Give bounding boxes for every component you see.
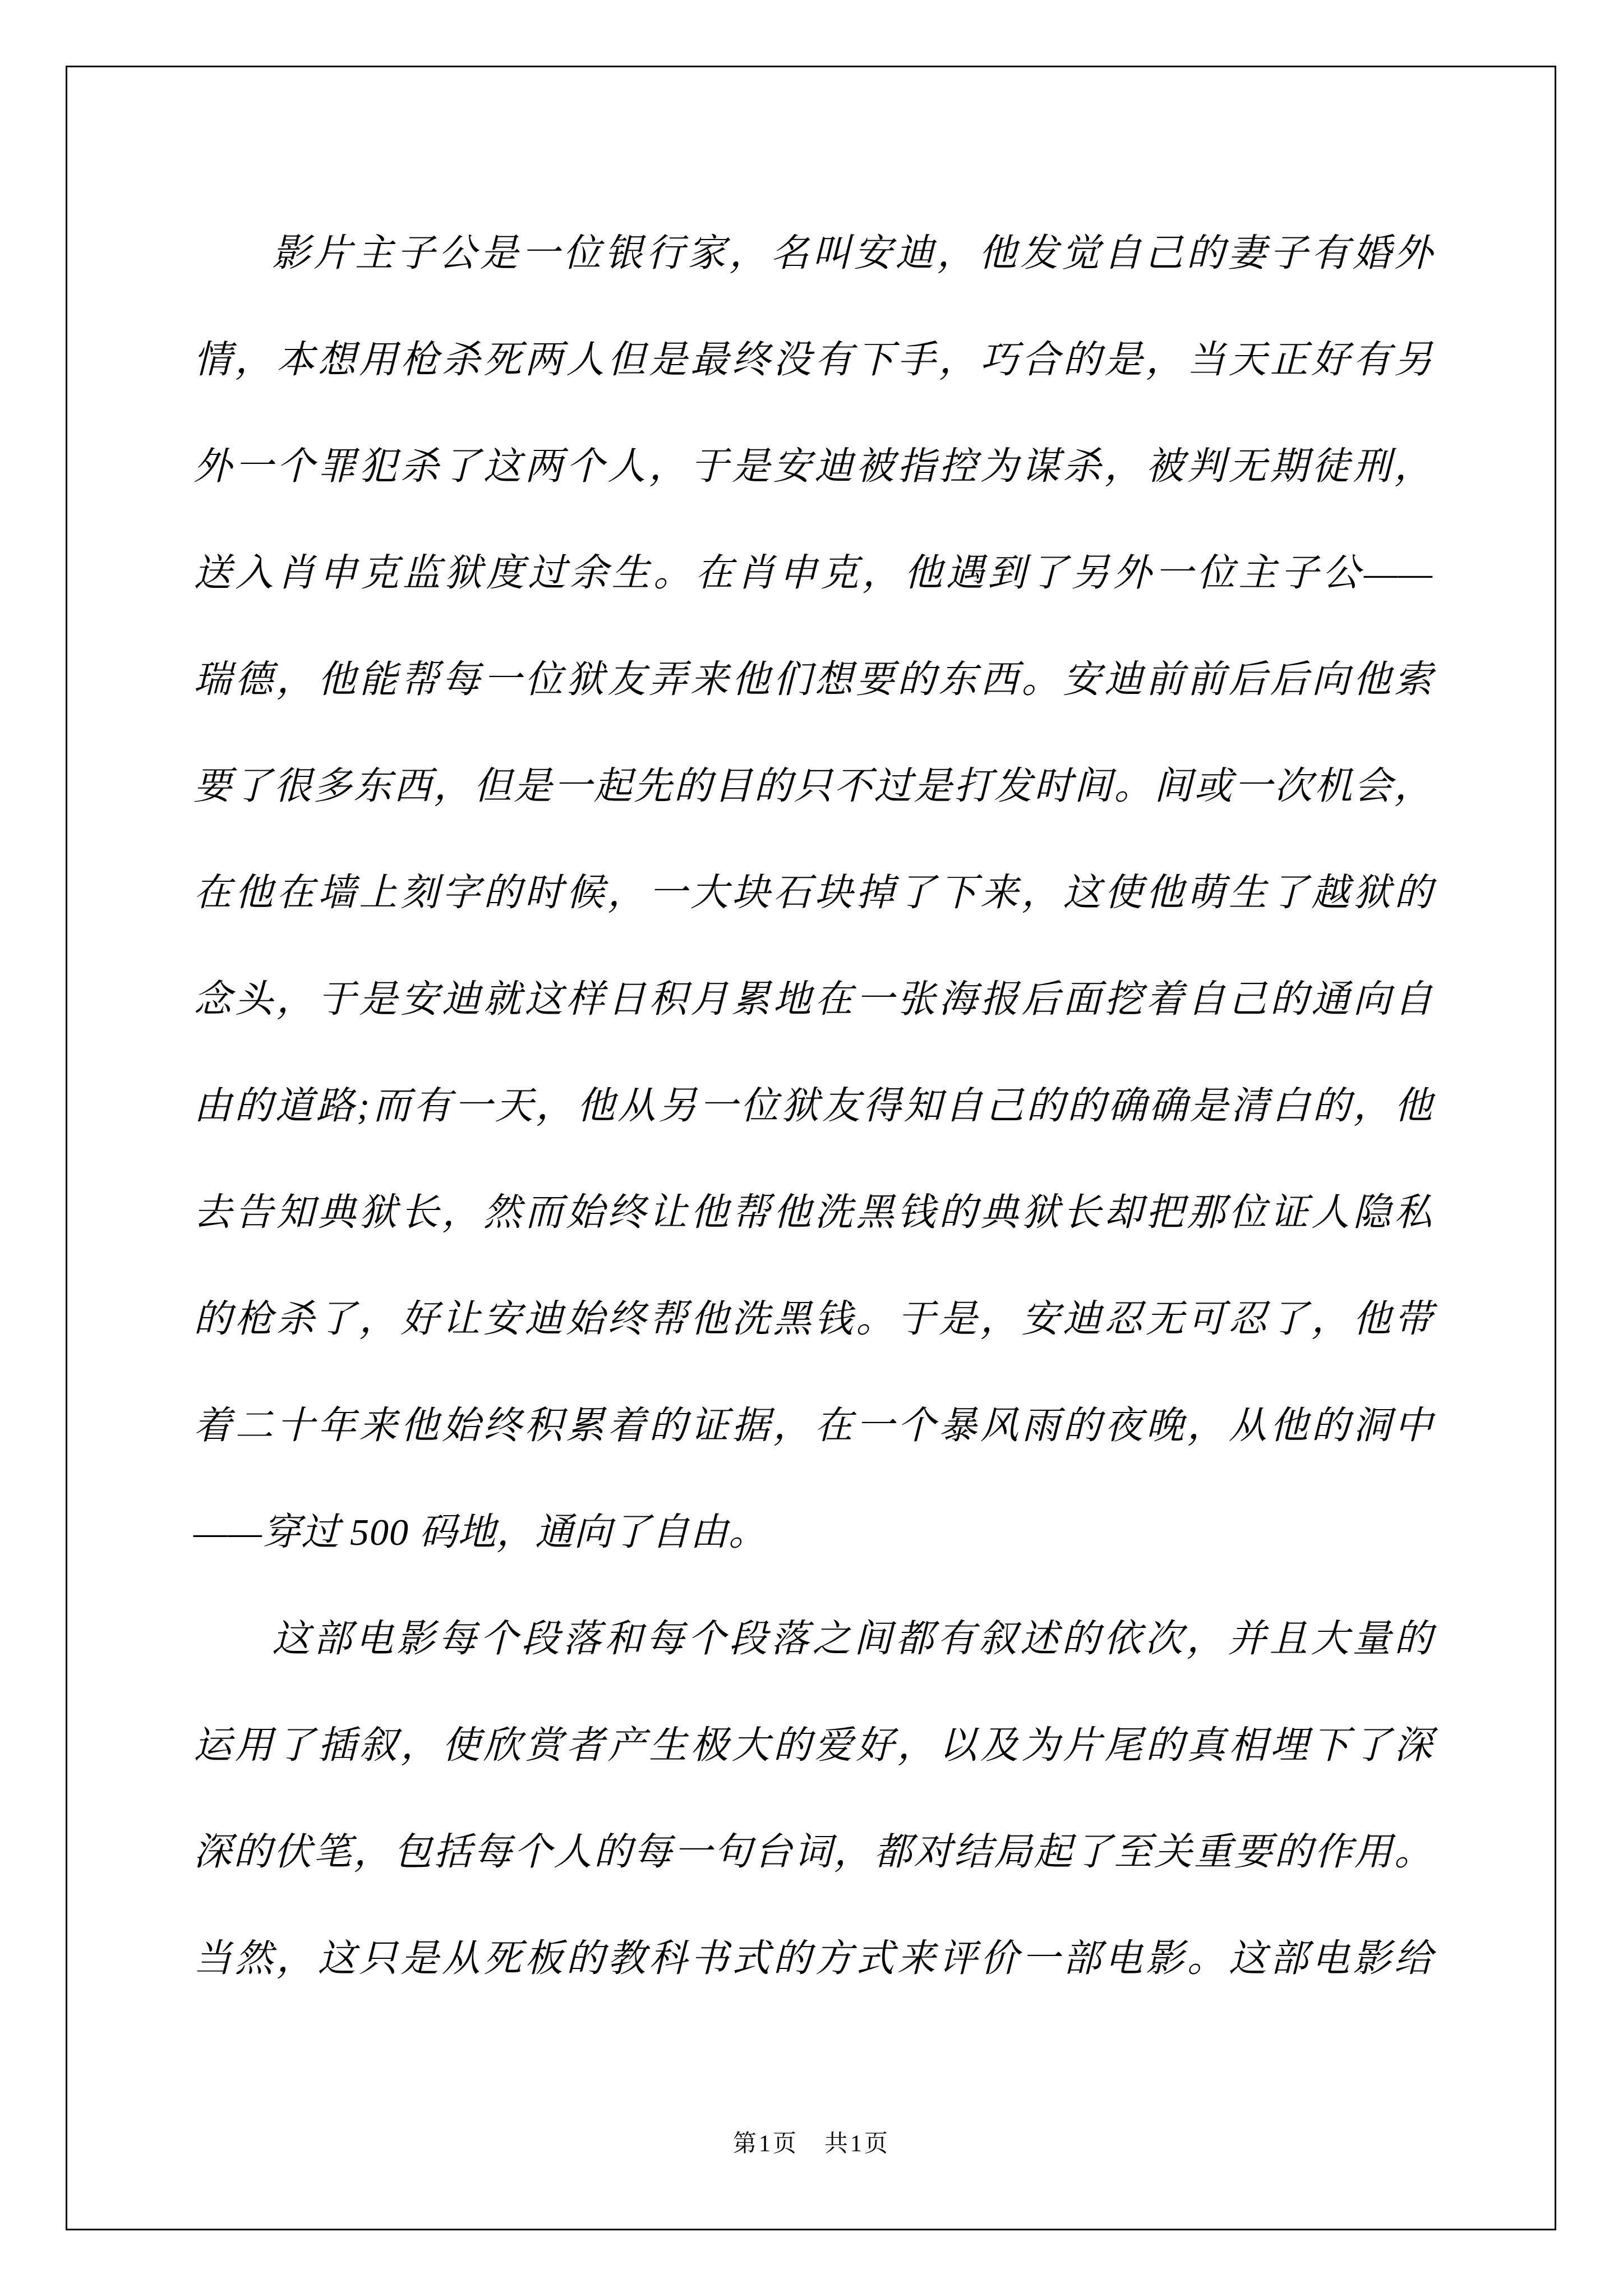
text-line: 念头，于是安迪就这样日积月累地在一张海报后面挖着自己的通向自 — [193, 946, 1433, 1052]
text-line: 的枪杀了，好让安迪始终帮他洗黑钱。于是，安迪忍无可忍了，他带 — [193, 1266, 1433, 1372]
text-line: 情，本想用枪杀死两人但是最终没有下手，巧合的是，当天正好有另 — [193, 306, 1433, 413]
text-line: 这部电影每个段落和每个段落之间都有叙述的依次，并且大量的 — [193, 1585, 1433, 1692]
text-line: 影片主子公是一位银行家，名叫安迪，他发觉自己的妻子有婚外 — [193, 200, 1433, 306]
text-line: 外一个罪犯杀了这两个人，于是安迪被指控为谋杀，被判无期徒刑， — [193, 413, 1433, 519]
text-line: 由的道路;而有一天，他从另一位狱友得知自己的的确确是清白的，他 — [193, 1052, 1433, 1159]
text-line: 送入肖申克监狱度过余生。在肖申克，他遇到了另外一位主子公—— — [193, 519, 1433, 626]
text-line: ——穿过 500 码地，通向了自由。 — [193, 1479, 1433, 1585]
document-page: 影片主子公是一位银行家，名叫安迪，他发觉自己的妻子有婚外 情，本想用枪杀死两人但… — [0, 0, 1623, 2296]
text-line: 当然，这只是从死板的教科书式的方式来评价一部电影。这部电影给 — [193, 1905, 1433, 2012]
text-line: 去告知典狱长，然而始终让他帮他洗黑钱的典狱长却把那位证人隐私 — [193, 1159, 1433, 1266]
text-line: 运用了插叙，使欣赏者产生极大的爱好，以及为片尾的真相埋下了深 — [193, 1692, 1433, 1798]
paragraph-film-commentary: 这部电影每个段落和每个段落之间都有叙述的依次，并且大量的 运用了插叙，使欣赏者产… — [193, 1585, 1433, 2012]
text-line: 着二十年来他始终积累着的证据，在一个暴风雨的夜晚，从他的洞中 — [193, 1372, 1433, 1479]
page-number-footer: 第1页 共1页 — [0, 2125, 1623, 2159]
text-line: 瑞德，他能帮每一位狱友弄来他们想要的东西。安迪前前后后向他索 — [193, 626, 1433, 733]
paragraph-plot-summary: 影片主子公是一位银行家，名叫安迪，他发觉自己的妻子有婚外 情，本想用枪杀死两人但… — [193, 200, 1433, 1585]
text-line: 深的伏笔，包括每个人的每一句台词，都对结局起了至关重要的作用。 — [193, 1798, 1433, 1905]
document-text-body: 影片主子公是一位银行家，名叫安迪，他发觉自己的妻子有婚外 情，本想用枪杀死两人但… — [193, 200, 1433, 2012]
text-line: 要了很多东西，但是一起先的目的只不过是打发时间。间或一次机会， — [193, 733, 1433, 839]
text-line: 在他在墙上刻字的时候，一大块石块掉了下来，这使他萌生了越狱的 — [193, 839, 1433, 946]
